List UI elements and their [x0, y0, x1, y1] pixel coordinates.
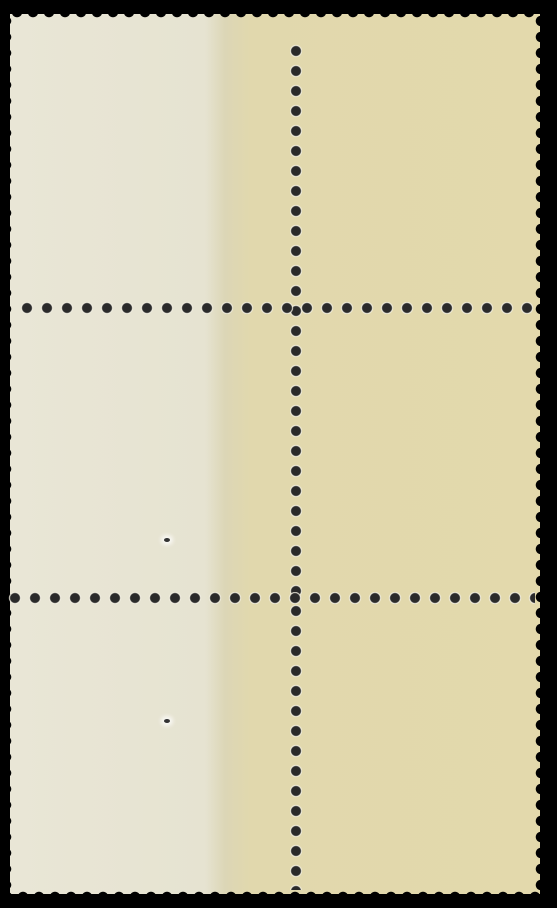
stamp-block-paper — [10, 14, 540, 894]
photo-scene — [0, 0, 557, 908]
vertical-perforation-line — [290, 44, 302, 890]
horizontal-perforation-line-2 — [8, 592, 535, 604]
left-perforated-edge — [4, 14, 16, 894]
right-perforated-edge — [532, 14, 546, 894]
bottom-perforated-edge — [0, 888, 540, 902]
paper-hole-mark-2 — [164, 719, 170, 723]
top-perforated-edge — [10, 6, 540, 20]
paper-hole-mark-1 — [164, 538, 170, 542]
horizontal-perforation-line-1 — [20, 302, 535, 314]
